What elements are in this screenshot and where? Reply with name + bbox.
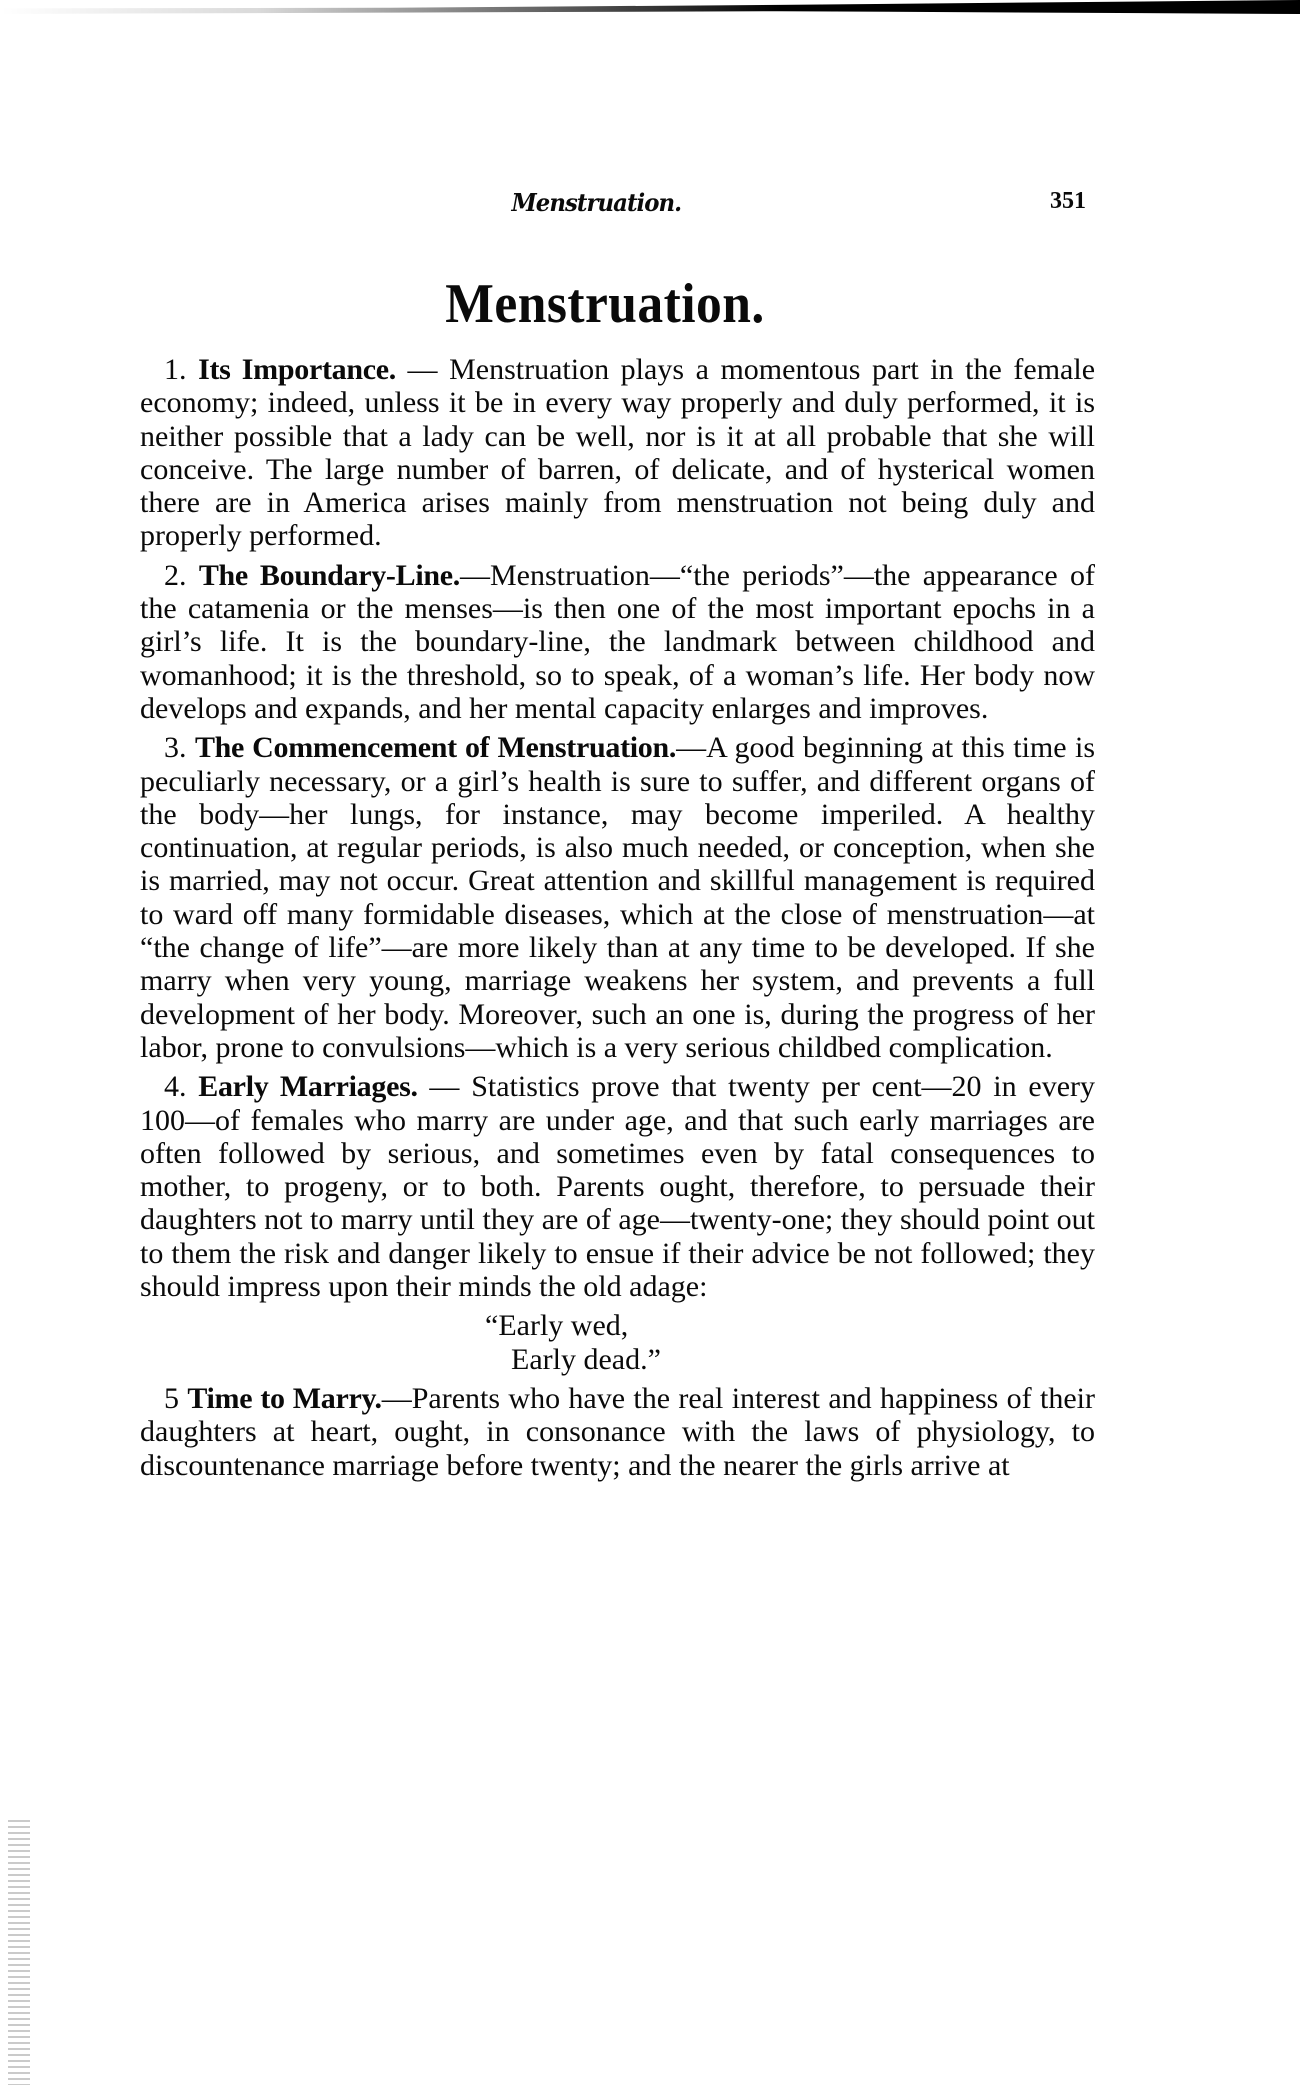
section-time-to-marry: 5 Time to Marry.—Parents who have the re… xyxy=(140,1382,1095,1482)
body-text: 1. Its Importance. — Menstruation plays … xyxy=(140,353,1095,1488)
running-head: Menstruation. xyxy=(512,188,759,217)
section-heading: The Commencement of Menstruation. xyxy=(195,731,676,764)
page-number: 351 xyxy=(1050,188,1086,215)
section-separator: — xyxy=(676,731,706,764)
section-separator: — xyxy=(418,1070,472,1103)
section-text: Statistics prove that twenty per cent—20… xyxy=(140,1070,1095,1303)
chapter-title: Menstruation. xyxy=(48,272,1161,336)
scan-left-edge-noise xyxy=(8,1820,30,2085)
section-boundary-line: 2. The Boundary-Line.—Menstruation—“the … xyxy=(140,559,1095,725)
section-importance: 1. Its Importance. — Menstruation plays … xyxy=(140,353,1095,553)
section-text: A good beginning at this time is peculia… xyxy=(140,731,1095,1064)
section-separator: — xyxy=(396,353,449,386)
section-number: 1. xyxy=(164,353,187,386)
adage-line-1: “Early wed, xyxy=(485,1309,1095,1342)
adage-line-2: Early dead.” xyxy=(485,1343,1095,1376)
section-separator: — xyxy=(460,559,490,592)
section-number: 5 xyxy=(164,1382,179,1415)
section-early-marriages: 4. Early Marriages. — Statistics prove t… xyxy=(140,1070,1095,1303)
scan-top-edge xyxy=(0,0,1300,14)
section-heading: The Boundary-Line. xyxy=(199,559,460,592)
adage-quote: “Early wed, Early dead.” xyxy=(140,1309,1095,1376)
section-separator: — xyxy=(382,1382,412,1415)
section-number: 3. xyxy=(164,731,187,764)
section-heading: Its Importance. xyxy=(198,353,396,386)
section-number: 4. xyxy=(164,1070,187,1103)
section-commencement: 3. The Commencement of Menstruation.—A g… xyxy=(140,731,1095,1064)
section-number: 2. xyxy=(164,559,187,592)
section-heading: Early Marriages. xyxy=(198,1070,417,1103)
section-heading: Time to Marry. xyxy=(187,1382,381,1415)
